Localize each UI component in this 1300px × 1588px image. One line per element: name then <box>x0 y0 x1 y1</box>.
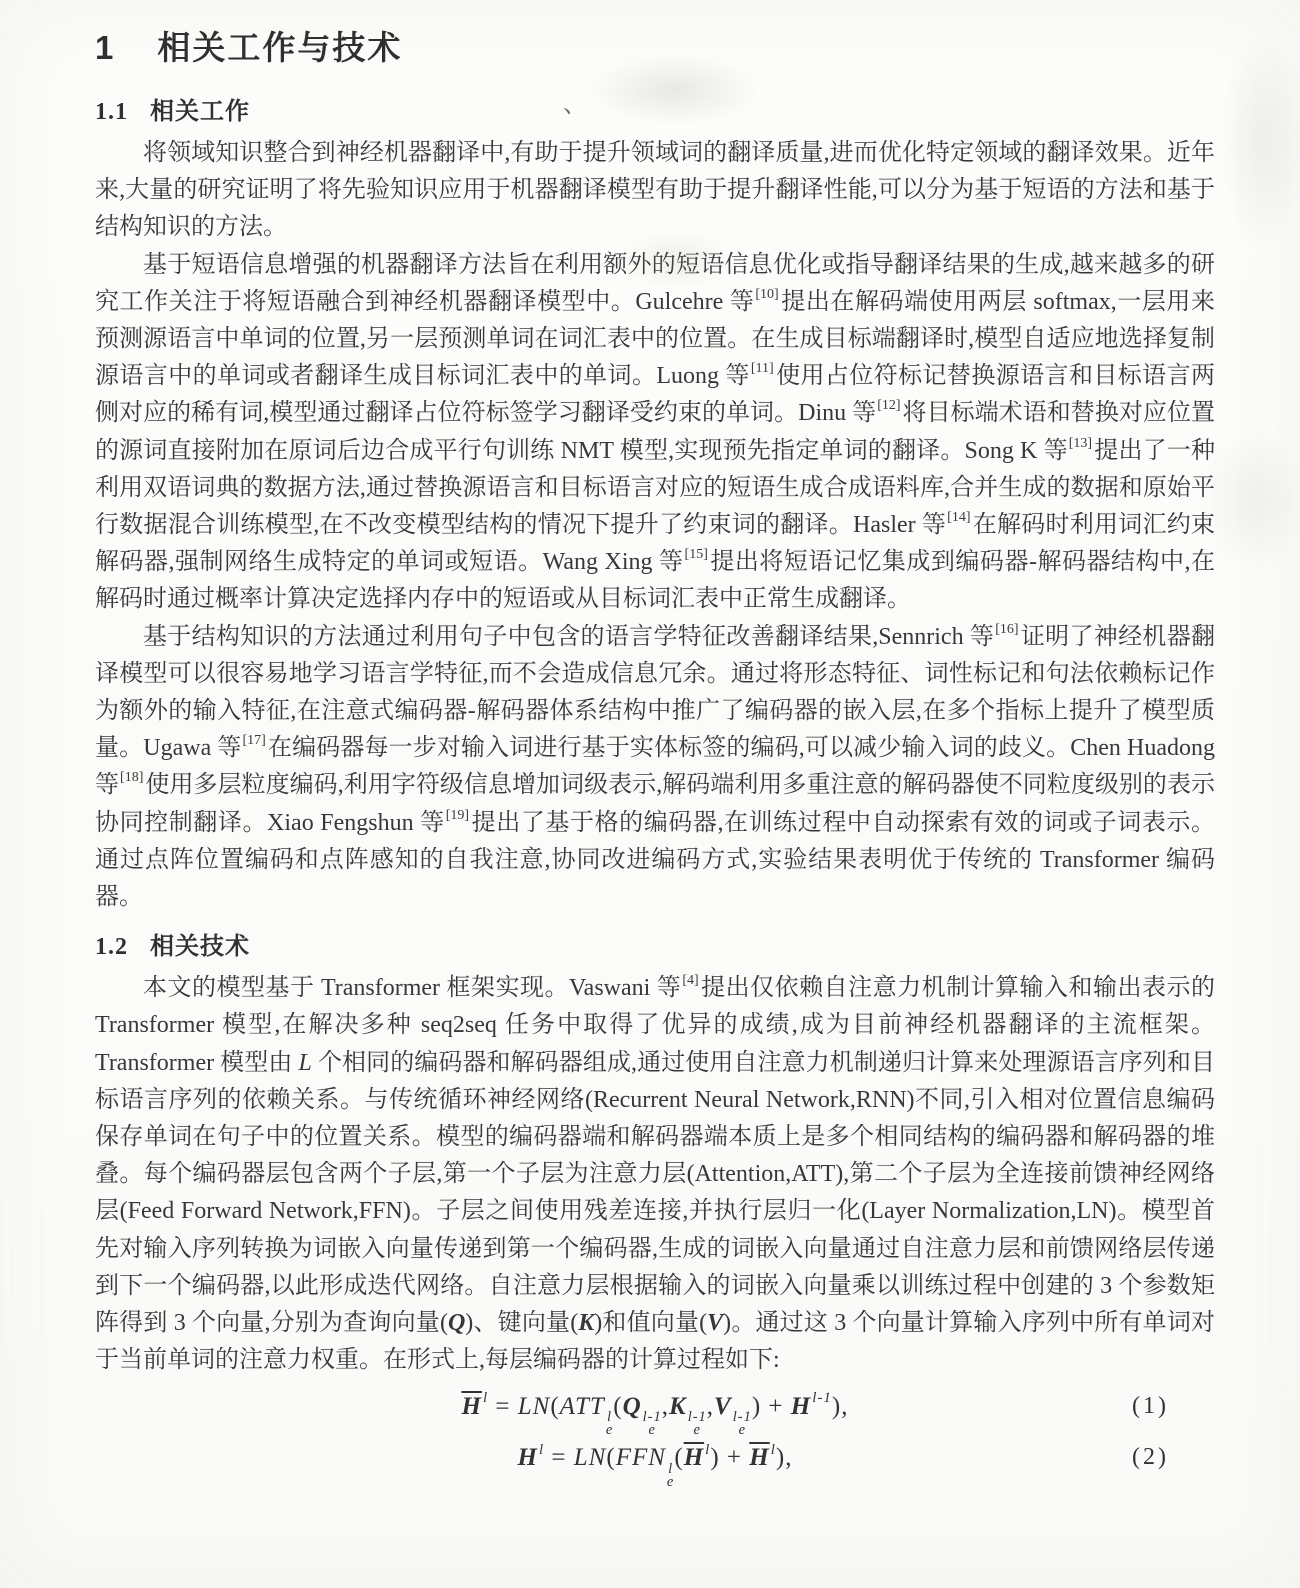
citation-superscript: [14] <box>947 510 970 525</box>
stray-mark: 、 <box>563 84 587 119</box>
citation-superscript: [13] <box>1069 436 1092 451</box>
bold-italic-variable: K <box>578 1310 594 1336</box>
citation-superscript: [12] <box>877 398 900 413</box>
citation-superscript: [10] <box>755 287 778 302</box>
paragraph: 本文的模型基于 Transformer 框架实现。Vaswani 等[4]提出仅… <box>95 970 1215 1379</box>
text-run: 本文的模型基于 Transformer 框架实现。Vaswani 等 <box>143 975 681 1001</box>
paragraph: 基于结构知识的方法通过利用句子中包含的语言学特征改善翻译结果,Sennrich … <box>95 619 1215 917</box>
equation-term: ( <box>674 1444 683 1471</box>
equation-term: , <box>785 1444 792 1471</box>
subsection-number: 1.1 <box>95 99 128 126</box>
equation-term: , <box>707 1393 714 1420</box>
subsection-heading-1-2: 1.2 相关技术 <box>95 926 1215 961</box>
text-run: )、键向量( <box>465 1310 578 1336</box>
italic-variable: L <box>299 1050 312 1076</box>
equation-content: Hl = LN(FFNle(Hl) + Hl), <box>518 1444 793 1471</box>
citation-superscript: [15] <box>685 547 708 562</box>
equation-term: Vl-1e <box>714 1393 752 1420</box>
equation-term: = <box>488 1393 518 1420</box>
equation-number: (2) <box>1132 1437 1169 1478</box>
subsection-heading-text: 相关技术 <box>150 926 250 961</box>
equation-term: ) <box>710 1444 719 1471</box>
equation-term: ( <box>550 1393 559 1420</box>
equation-term: ) <box>776 1444 785 1471</box>
equation-term: Hl <box>684 1444 711 1471</box>
paragraph: 将领域知识整合到神经机器翻译中,有助于提升领域词的翻译质量,进而优化特定领域的翻… <box>95 135 1215 247</box>
equation-term: Hl <box>518 1444 545 1471</box>
subsection-heading-1-1: 1.1 相关工作 <box>95 91 1215 126</box>
subsection-number: 1.2 <box>95 934 128 961</box>
equation-term: Kl-1e <box>669 1393 707 1420</box>
equation-term: ATTle <box>560 1393 614 1420</box>
equation-term: , <box>662 1393 669 1420</box>
equation-term: + <box>761 1393 791 1420</box>
citation-superscript: [18] <box>120 770 143 785</box>
citation-superscript: [11] <box>751 361 774 376</box>
document-page: 、 1 相关工作与技术 1.1 相关工作 将领域知识整合到神经机器翻译中,有助于… <box>0 0 1300 1588</box>
section-title-text: 相关工作与技术 <box>157 22 402 69</box>
equation-term: FFNle <box>616 1444 675 1471</box>
bold-italic-variable: V <box>707 1310 723 1336</box>
equation: Hl = LN(FFNle(Hl) + Hl),(2) <box>95 1437 1215 1489</box>
equation-term: ) <box>832 1393 841 1420</box>
citation-superscript: [16] <box>995 622 1018 637</box>
section-number: 1 <box>95 29 113 67</box>
section-title: 1 相关工作与技术 <box>95 22 1215 69</box>
subsection-1-2: 1.2 相关技术 本文的模型基于 Transformer 框架实现。Vaswan… <box>95 926 1215 1379</box>
subsection-heading-text: 相关工作 <box>150 91 250 126</box>
equation-term: LN <box>574 1444 607 1471</box>
citation-superscript: [17] <box>242 733 265 748</box>
paragraph-group: 将领域知识整合到神经机器翻译中,有助于提升领域词的翻译质量,进而优化特定领域的翻… <box>95 135 1215 916</box>
page-content: 1 相关工作与技术 1.1 相关工作 将领域知识整合到神经机器翻译中,有助于提升… <box>0 0 1300 1519</box>
bold-italic-variable: Q <box>448 1310 465 1336</box>
text-run: 将领域知识整合到神经机器翻译中,有助于提升领域词的翻译质量,进而优化特定领域的翻… <box>95 140 1215 240</box>
text-run: 基于结构知识的方法通过利用句子中包含的语言学特征改善翻译结果,Sennrich … <box>143 624 994 650</box>
paragraph-group: 本文的模型基于 Transformer 框架实现。Vaswani 等[4]提出仅… <box>95 970 1215 1379</box>
paragraph: 基于短语信息增强的机器翻译方法旨在利用额外的短语信息优化或指导翻译结果的生成,越… <box>95 247 1215 619</box>
equation-term: Hl <box>462 1393 489 1420</box>
citation-superscript: [19] <box>446 808 469 823</box>
equation-term: , <box>841 1393 848 1420</box>
equation-term: ( <box>606 1444 615 1471</box>
equation-term: ( <box>613 1393 622 1420</box>
equation-term: Hl-1 <box>791 1393 832 1420</box>
equation-term: = <box>544 1444 574 1471</box>
citation-superscript: [4] <box>682 973 698 988</box>
equation-term: + <box>720 1444 750 1471</box>
equation-content: Hl = LN(ATTle(Ql-1e,Kl-1e,Vl-1e) + Hl-1)… <box>462 1393 849 1420</box>
text-run: 个相同的编码器和解码器组成,通过使用自注意力机制递归计算来处理源语言序列和目标语… <box>95 1050 1215 1336</box>
equation-term: LN <box>518 1393 551 1420</box>
subsection-1-1: 1.1 相关工作 将领域知识整合到神经机器翻译中,有助于提升领域词的翻译质量,进… <box>95 91 1215 916</box>
equation-number: (1) <box>1132 1386 1169 1427</box>
equation-term: ) <box>752 1393 761 1420</box>
equation-term: Hl <box>749 1444 776 1471</box>
text-run: )和值向量( <box>594 1310 707 1336</box>
equation-term: Ql-1e <box>623 1393 662 1420</box>
equation-block: Hl = LN(ATTle(Ql-1e,Kl-1e,Vl-1e) + Hl-1)… <box>95 1386 1215 1490</box>
equation: Hl = LN(ATTle(Ql-1e,Kl-1e,Vl-1e) + Hl-1)… <box>95 1386 1215 1438</box>
